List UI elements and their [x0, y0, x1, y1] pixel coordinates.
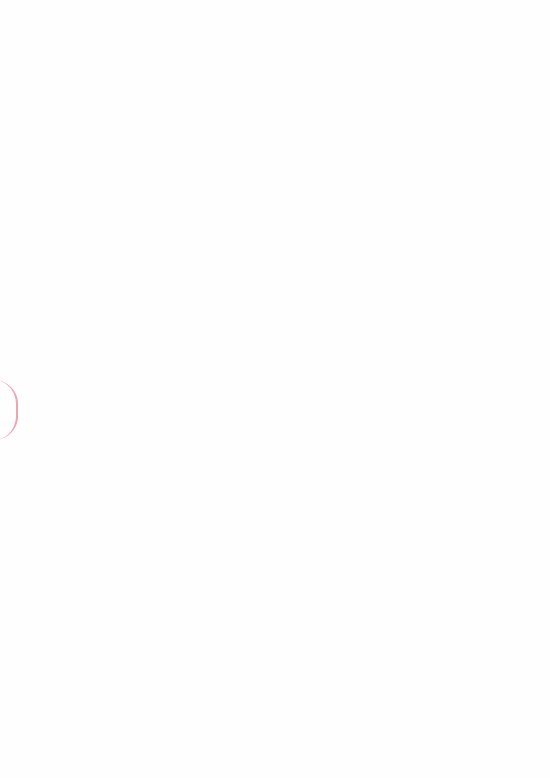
section-heading-4 [104, 96, 116, 114]
red-seal-mark [0, 380, 18, 440]
document-page [0, 0, 550, 778]
